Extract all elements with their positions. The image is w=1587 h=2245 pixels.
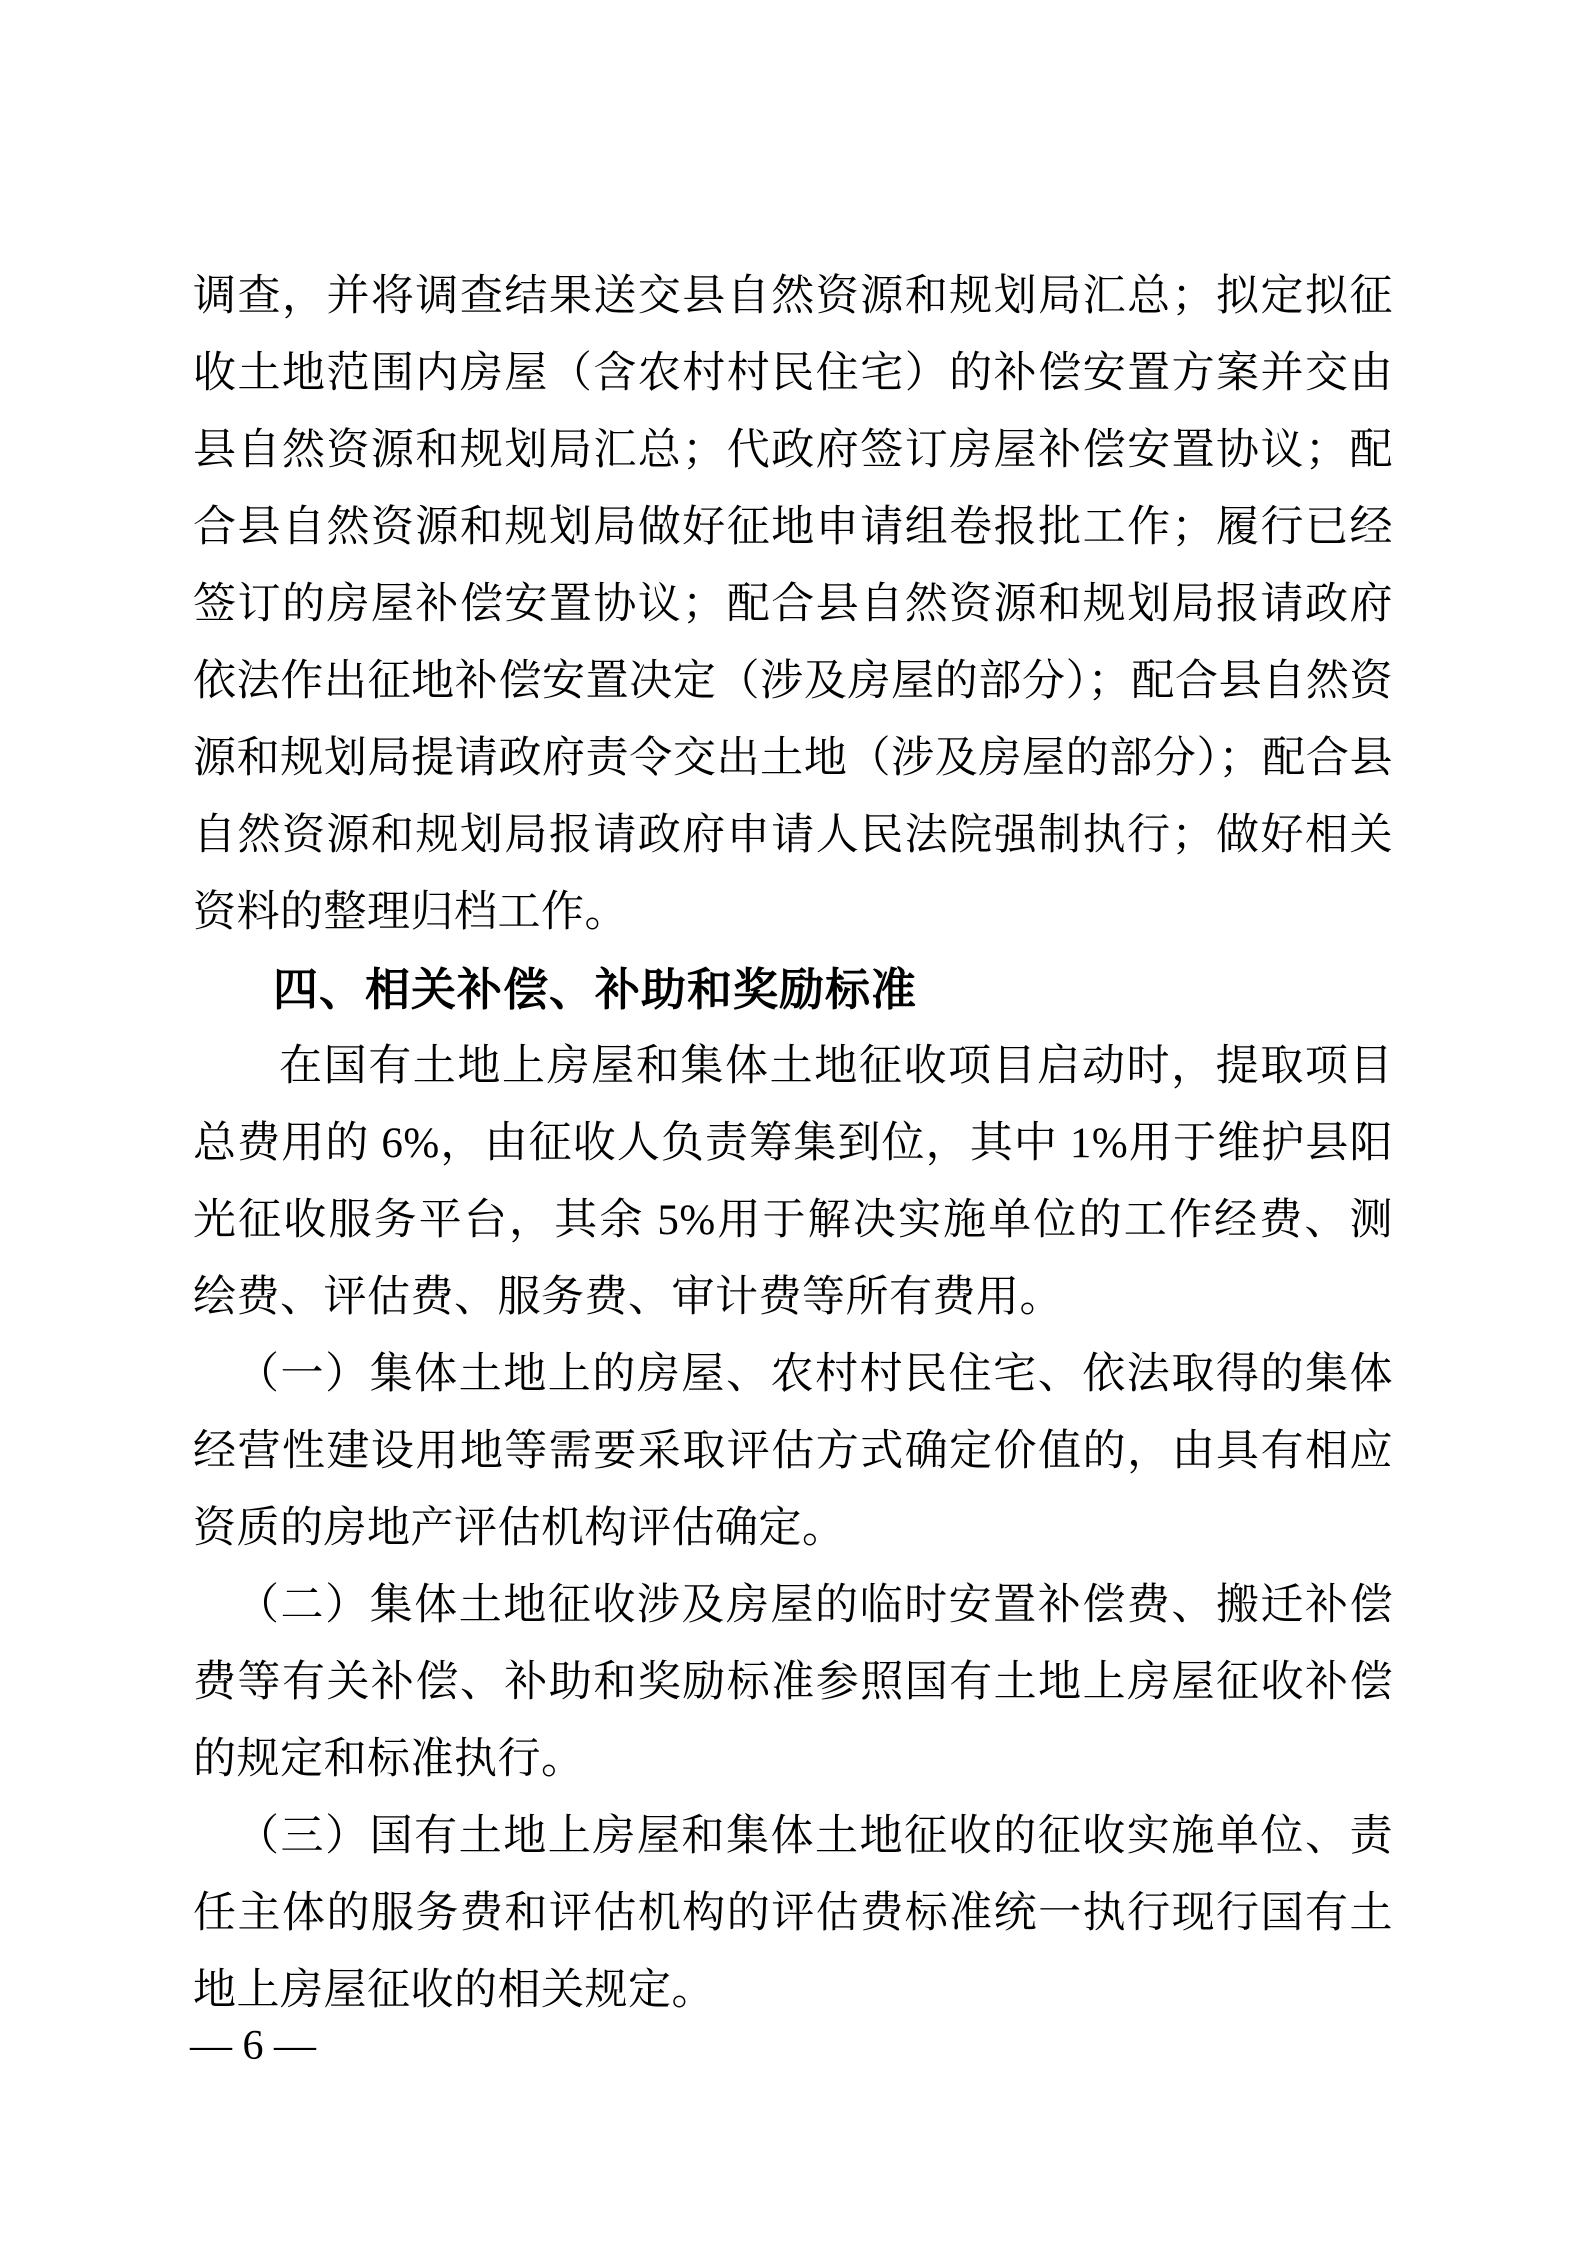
document-body: 调查，并将调查结果送交县自然资源和规划局汇总；拟定拟征收土地范围内房屋（含农村村… bbox=[193, 258, 1393, 2029]
paragraph-intro: 在国有土地上房屋和集体土地征收项目启动时，提取项目总费用的 6%，由征收人负责筹… bbox=[193, 1028, 1393, 1336]
section-heading: 四、相关补偿、补助和奖励标准 bbox=[193, 951, 1393, 1028]
page-number: — 6 — bbox=[190, 2008, 316, 2085]
document-page: 调查，并将调查结果送交县自然资源和规划局汇总；拟定拟征收土地范围内房屋（含农村村… bbox=[0, 0, 1587, 2245]
paragraph-item-1: （一）集体土地上的房屋、农村村民住宅、依法取得的集体经营性建设用地等需要采取评估… bbox=[193, 1336, 1393, 1567]
paragraph-item-3: （三）国有土地上房屋和集体土地征收的征收实施单位、责任主体的服务费和评估机构的评… bbox=[193, 1798, 1393, 2029]
paragraph-item-2: （二）集体土地征收涉及房屋的临时安置补偿费、搬迁补偿费等有关补偿、补助和奖励标准… bbox=[193, 1567, 1393, 1798]
paragraph-continuation: 调查，并将调查结果送交县自然资源和规划局汇总；拟定拟征收土地范围内房屋（含农村村… bbox=[193, 258, 1393, 951]
